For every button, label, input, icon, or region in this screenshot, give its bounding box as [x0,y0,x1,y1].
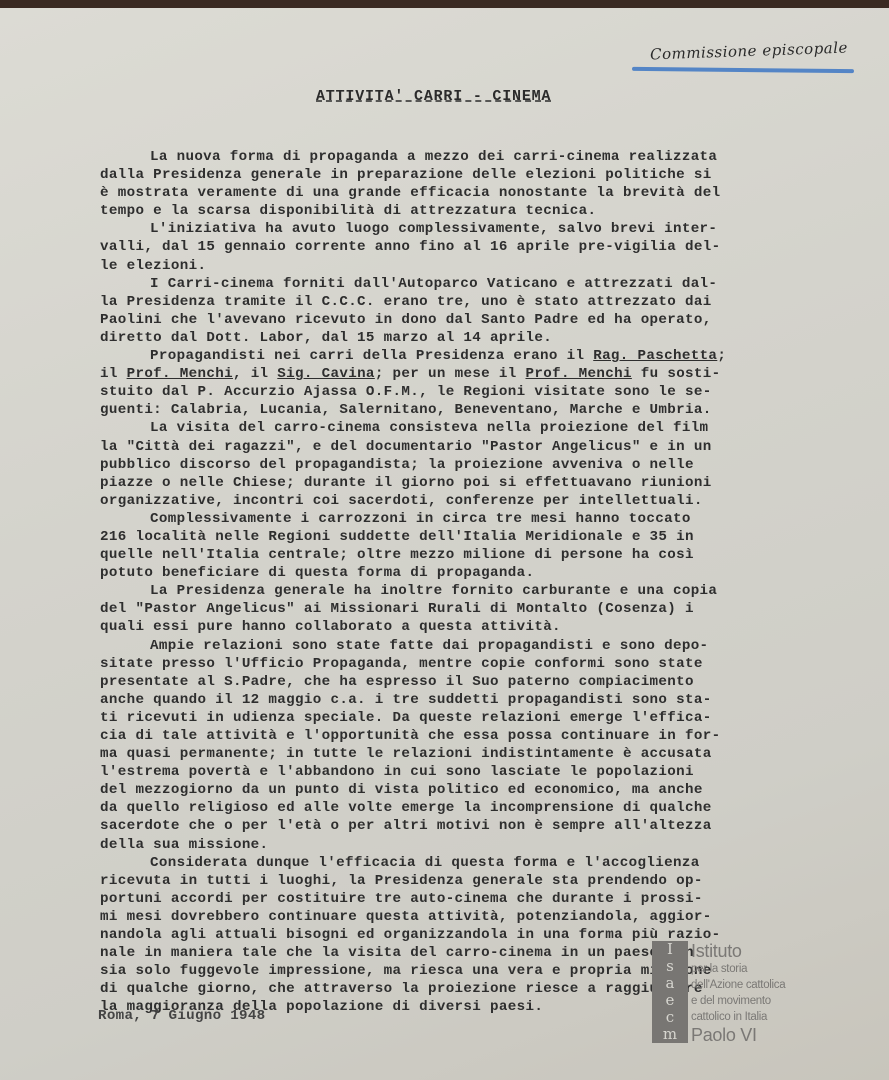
logo-text-line: e del movimento [691,993,785,1009]
signature-date: Roma, 7 Giugno 1948 [98,1008,265,1024]
text-line: dalla Presidenza generale in preparazion… [100,166,825,184]
text-line: della sua missione. [100,836,825,854]
text-line: il Prof. Menchi, il Sig. Cavina; per un … [100,365,825,383]
text-line: quali essi pure hanno collaborato a ques… [100,618,825,636]
text-line: mi mesi dovrebbero continuare questa att… [100,908,825,926]
text-line: valli, dal 15 gennaio corrente anno fino… [100,238,825,256]
text-line: sitate presso l'Ufficio Propaganda, ment… [100,655,825,673]
text-line: pubblico discorso del propagandista; la … [100,456,825,474]
text-line: la "Città dei ragazzi", e del documentar… [100,438,825,456]
text-line: ti ricevuti in udienza speciale. Da ques… [100,709,825,727]
logo-letter: s [666,959,674,974]
logo-text-line: dell'Azione cattolica [691,977,785,993]
text-line: ricevuta in tutti i luoghi, la Presidenz… [100,872,825,890]
document-title: ATTIVITA' CARRI - CINEMA [316,88,551,105]
text-line: organizzative, incontri coi sacerdoti, c… [100,492,825,510]
text-line: La visita del carro-cinema consisteva ne… [100,419,825,437]
logo-letter: c [666,1010,674,1025]
text-line: cia di tale attività e l'opportunità che… [100,727,825,745]
text-line: le elezioni. [100,257,825,275]
text-line: tempo e la scarsa disponibilità di attre… [100,202,825,220]
text-line: stuito dal P. Accurzio Ajassa O.F.M., le… [100,383,825,401]
text-line: Propagandisti nei carri della Presidenza… [100,347,825,365]
text-line: è mostrata veramente di una grande effic… [100,184,825,202]
logo-letter: I [667,942,673,957]
text-line: sacerdote che o per l'età o per altri mo… [100,817,825,835]
logo-letter: m [663,1027,677,1042]
logo-letter: a [666,976,675,991]
blue-pencil-underline [632,67,854,73]
logo-text-line: Paolo VI [691,1025,785,1045]
text-line: La Presidenza generale ha inoltre fornit… [100,582,825,600]
text-line: Ampie relazioni sono state fatte dai pro… [100,637,825,655]
text-line: Complessivamente i carrozzoni in circa t… [100,510,825,528]
logo-text-line: per la storia [691,961,785,977]
logo-text-line: Istituto [691,941,785,961]
document-body: La nuova forma di propaganda a mezzo dei… [100,148,825,1017]
text-line: presentate al S.Padre, che ha espresso i… [100,673,825,691]
isacem-watermark-logo: Isaecm Istitutoper la storiadell'Azione … [652,941,785,1045]
handwritten-note: Commissione episcopale [650,39,848,64]
text-line: 216 località nelle Regioni suddette dell… [100,528,825,546]
logo-text-line: cattolico in Italia [691,1009,785,1025]
text-line: quelle nell'Italia centrale; oltre mezzo… [100,546,825,564]
logo-monogram: Isaecm [652,941,688,1043]
text-line: I Carri-cinema forniti dall'Autoparco Va… [100,275,825,293]
text-line: del "Pastor Angelicus" ai Missionari Rur… [100,600,825,618]
text-line: diretto dal Dott. Labor, dal 15 marzo al… [100,329,825,347]
text-line: L'iniziativa ha avuto luogo complessivam… [100,220,825,238]
text-line: Considerata dunque l'efficacia di questa… [100,854,825,872]
text-line: potuto beneficiare di questa forma di pr… [100,564,825,582]
text-line: da quello religioso ed alle volte emerge… [100,799,825,817]
logo-letter: e [666,993,675,1008]
text-line: guenti: Calabria, Lucania, Salernitano, … [100,401,825,419]
document-page: Commissione episcopale ATTIVITA' CARRI -… [0,8,889,1080]
text-line: Paolini che l'avevano ricevuto in dono d… [100,311,825,329]
text-line: piazze o nelle Chiese; durante il giorno… [100,474,825,492]
text-line: del mezzogiorno da un punto di vista pol… [100,781,825,799]
text-line: l'estrema povertà e l'abbandono in cui s… [100,763,825,781]
text-line: ma quasi permanente; in tutte le relazio… [100,745,825,763]
text-line: La nuova forma di propaganda a mezzo dei… [100,148,825,166]
text-line: la Presidenza tramite il C.C.C. erano tr… [100,293,825,311]
text-line: anche quando il 12 maggio c.a. i tre sud… [100,691,825,709]
logo-text: Istitutoper la storiadell'Azione cattoli… [691,941,785,1045]
text-line: portuni accordi per costituire tre auto-… [100,890,825,908]
